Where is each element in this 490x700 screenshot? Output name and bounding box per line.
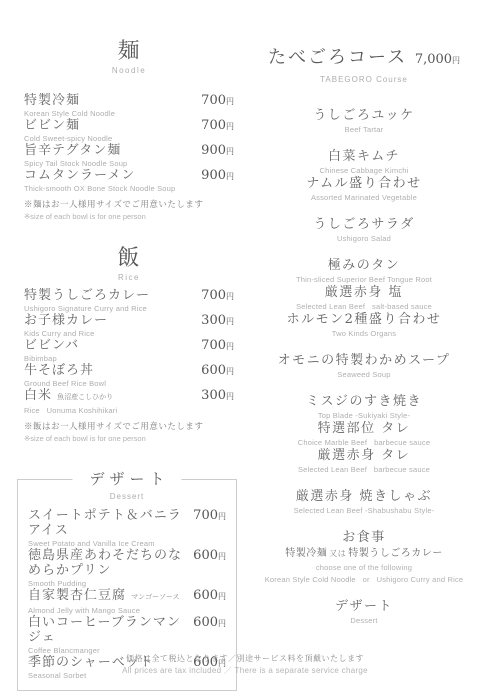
menu-item-name: 白いコーヒーブランマンジェ [28,615,193,645]
menu-item-price: 600円 [201,363,234,379]
course-item-meal: お食事 特製冷麺又は特製うしごろカレー choose one of the fo… [256,530,472,585]
course-item-name-en: Selected Lean Beef -Shabushabu Style- [256,506,472,516]
menu-item-name: 特製うしごろカレー [24,288,150,303]
course-price: 7,000円 [415,52,460,67]
menu-item-name-en: Korean Style Cold Noodle [24,109,115,118]
meal-choice-a: 特製冷麺 [285,548,327,559]
course-item-name-en: Thin-sliced Superior Beef Tongue Root [256,275,472,285]
menu-item-name-en: Kids Curry and Rice [24,329,108,338]
menu-item-name: 自家製杏仁豆腐 マンゴーソース [28,588,180,605]
menu-item-price: 700円 [193,508,226,524]
currency-unit: 円 [218,619,226,628]
menu-item-row: 自家製杏仁豆腐 マンゴーソース Almond Jelly with Mango … [28,588,226,615]
menu-item-price: 300円 [201,313,234,329]
currency-unit: 円 [226,342,234,351]
note-text-jp: ※麺はお一人様用サイズでご用意いたします [24,200,234,210]
course-item: 厳選赤身 焼きしゃぶ Selected Lean Beef -Shabushab… [256,489,472,516]
course-item-name-en: Beef Tartar [256,125,472,135]
course-item: 白菜キムチ Chinese Cabbage Kimchi [256,149,472,176]
course-item: ミスジのすき焼き Top Blade -Sukiyaki Style- [256,394,472,421]
rice-section-note: ※飯はお一人様用サイズでご用意いたします ※size of each bowl … [24,422,234,443]
menu-item-row: お子様カレー Kids Curry and Rice 300円 [24,313,234,338]
course-item-name: うしごろサラダ [256,217,472,232]
course-item-name: 厳選赤身 焼きしゃぶ [256,489,472,504]
menu-item-row: 特製冷麺 Korean Style Cold Noodle 700円 [24,93,234,118]
menu-item-name: ビビン麺 [24,118,112,133]
menu-item-name-en: Ground Beef Rice Bowl [24,379,106,388]
menu-item-row: 特製うしごろカレー Ushigoro Signature Curry and R… [24,288,234,313]
course-item-name: うしごろユッケ [256,108,472,123]
dessert-section-subtitle: Dessert [28,492,226,501]
menu-item-price: 600円 [193,588,226,604]
course-item-name-en: Chinese Cabbage Kimchi [256,166,472,176]
course-subtitle: TABEGORO Course [256,75,472,84]
course-title: たべごろコース 7,000円 [256,46,472,72]
course-item-name-en: Two Kinds Organs [256,329,472,339]
course-item-name-en: Selected Lean Beef barbecue sauce [256,465,472,475]
course-item-name: 特選部位 タレ [256,421,472,436]
dessert-section-title: デザート [72,470,181,488]
menu-item-name: 徳島県産あわそだちのなめらかプリン [28,548,193,578]
menu-item-name-en: Smooth Pudding [28,579,193,588]
course-meal-note-en: Korean Style Cold Noodle or Ushigoro Cur… [256,575,472,585]
course-item-name: お食事 [256,530,472,545]
menu-item-price: 300円 [201,388,234,404]
menu-item-name-en: Rice Uonuma Koshihikari [24,406,117,415]
noodle-section-header: 麺 Noodle [24,40,234,75]
currency-unit: 円 [226,317,234,326]
currency-unit: 円 [218,552,226,561]
course-item-name-en: Assorted Marinated Vegetable [256,193,472,203]
menu-item-price: 900円 [201,168,234,184]
course-item: 厳選赤身 塩 Selected Lean Beef salt-based sau… [256,285,472,312]
course-item-name: 極みのタン [256,258,472,273]
course-item-name-en: Choice Marble Beef barbecue sauce [256,438,472,448]
menu-item-name-en: Spicy Tail Stock Noodle Soup [24,159,127,168]
rice-section-subtitle: Rice [24,273,234,282]
noodle-section-title: 麺 [24,40,234,64]
currency-unit: 円 [226,367,234,376]
course-item: ホルモン2種盛り合わせ Two Kinds Organs [256,312,472,339]
menu-item-row: 牛そぼろ丼 Ground Beef Rice Bowl 600円 [24,363,234,388]
course-item-name: オモニの特製わかめスープ [256,353,472,368]
footer-note-jp: 価格は全て税込となります／別途サービス料を頂戴いたします [0,654,490,664]
menu-item-price: 700円 [201,118,234,134]
currency-unit: 円 [452,56,460,65]
note-text-en: ※size of each bowl is for one person [24,212,234,221]
footer-note-en: All prices are tax included ／ There is a… [0,666,490,675]
noodle-item-list: 特製冷麺 Korean Style Cold Noodle 700円 ビビン麺 … [24,93,234,193]
menu-item-price: 700円 [201,93,234,109]
currency-unit: 円 [226,147,234,156]
menu-item-name-en: Cold Sweet-spicy Noodle [24,134,112,143]
course-item: 極みのタン Thin-sliced Superior Beef Tongue R… [256,258,472,285]
menu-item-row: スイートポテト＆バニラアイス Sweet Potato and Vanilla … [28,508,226,548]
menu-item-name: 牛そぼろ丼 [24,363,106,378]
menu-item-price: 900円 [201,143,234,159]
course-item: ナムル盛り合わせ Assorted Marinated Vegetable [256,176,472,203]
currency-unit: 円 [226,292,234,301]
course-item-name-en: Selected Lean Beef salt-based sauce [256,302,472,312]
course-item-name-en: Seaweed Soup [256,370,472,380]
rice-section-header: 飯 Rice [24,247,234,282]
course-item: うしごろユッケ Beef Tartar [256,108,472,135]
rice-section: 飯 Rice 特製うしごろカレー Ushigoro Signature Curr… [24,247,234,443]
noodle-section-note: ※麺はお一人様用サイズでご用意いたします ※size of each bowl … [24,200,234,221]
course-item-name: 厳選赤身 塩 [256,285,472,300]
currency-unit: 円 [226,97,234,106]
meal-choice-b: 特製うしごろカレー [348,548,443,559]
course-item-name: ホルモン2種盛り合わせ [256,312,472,327]
noodle-section: 麺 Noodle 特製冷麺 Korean Style Cold Noodle 7… [24,40,234,221]
course-item-name-en: Top Blade -Sukiyaki Style- [256,411,472,421]
menu-item-name: ビビンバ [24,338,79,353]
menu-item-name-en: Bibimbap [24,354,79,363]
menu-item-name-note: 魚沼産こしひかり [57,393,113,401]
course-item-name-en: Dessert [256,616,472,626]
menu-item-name: お子様カレー [24,313,108,328]
menu-item-row: 旨辛テグタン麺 Spicy Tail Stock Noodle Soup 900… [24,143,234,168]
note-text-en: ※size of each bowl is for one person [24,434,234,443]
menu-item-row: コムタンラーメン Thick-smooth OX Bone Stock Nood… [24,168,234,193]
currency-unit: 円 [226,172,234,181]
menu-item-name-en: Sweet Potato and Vanilla Ice Cream [28,539,193,548]
menu-item-name: 特製冷麺 [24,93,115,108]
menu-item-price: 600円 [193,615,226,631]
currency-unit: 円 [226,122,234,131]
footer: 価格は全て税込となります／別途サービス料を頂戴いたします All prices … [0,654,490,675]
course-item: オモニの特製わかめスープ Seaweed Soup [256,353,472,380]
course-item: デザート Dessert [256,599,472,626]
menu-item-price: 700円 [201,288,234,304]
rice-section-title: 飯 [24,247,234,271]
menu-item-row: ビビン麺 Cold Sweet-spicy Noodle 700円 [24,118,234,143]
course-item-name: デザート [256,599,472,614]
menu-item-price: 700円 [201,338,234,354]
course-item: 厳選赤身 タレ Selected Lean Beef barbecue sauc… [256,448,472,475]
menu-item-price: 600円 [193,548,226,564]
menu-item-row: 白米 魚沼産こしひかり Rice Uonuma Koshihikari 300円 [24,388,234,415]
currency-unit: 円 [226,392,234,401]
menu-item-name: スイートポテト＆バニラアイス [28,508,193,538]
menu-item-name: コムタンラーメン [24,168,175,183]
currency-unit: 円 [218,512,226,521]
course-item-name: ミスジのすき焼き [256,394,472,409]
course-item-list: うしごろユッケ Beef Tartar 白菜キムチ Chinese Cabbag… [256,108,472,626]
menu-item-name-en: Almond Jelly with Mango Sauce [28,606,180,615]
menu-item-row: 徳島県産あわそだちのなめらかプリン Smooth Pudding 600円 [28,548,226,588]
noodle-section-subtitle: Noodle [24,66,234,75]
menu-item-row: 白いコーヒーブランマンジェ Coffee Blancmanger 600円 [28,615,226,655]
currency-unit: 円 [218,592,226,601]
course-item: うしごろサラダ Ushigoro Salad [256,217,472,244]
course-item-name: 厳選赤身 タレ [256,448,472,463]
menu-item-name-en: Thick-smooth OX Bone Stock Noodle Soup [24,184,175,193]
note-text-jp: ※飯はお一人様用サイズでご用意いたします [24,422,234,432]
course-item-name: ナムル盛り合わせ [256,176,472,191]
left-column: 麺 Noodle 特製冷麺 Korean Style Cold Noodle 7… [24,40,234,691]
meal-conjunction: 又は [327,549,348,558]
course-meal-choices: 特製冷麺又は特製うしごろカレー [256,547,472,560]
menu-item-name: 旨辛テグタン麺 [24,143,127,158]
menu-item-name: 白米 魚沼産こしひかり [24,388,117,405]
course-meal-note-en: choose one of the following [256,563,472,573]
menu-item-name-en: Ushigoro Signature Curry and Rice [24,304,150,313]
course-item-name: 白菜キムチ [256,149,472,164]
rice-item-list: 特製うしごろカレー Ushigoro Signature Curry and R… [24,288,234,415]
course-column: たべごろコース 7,000円 TABEGORO Course うしごろユッケ B… [256,46,472,626]
menu-item-name-note: マンゴーソース [131,593,179,601]
course-item: 特選部位 タレ Choice Marble Beef barbecue sauc… [256,421,472,448]
course-item-name-en: Ushigoro Salad [256,234,472,244]
menu-item-row: ビビンバ Bibimbap 700円 [24,338,234,363]
